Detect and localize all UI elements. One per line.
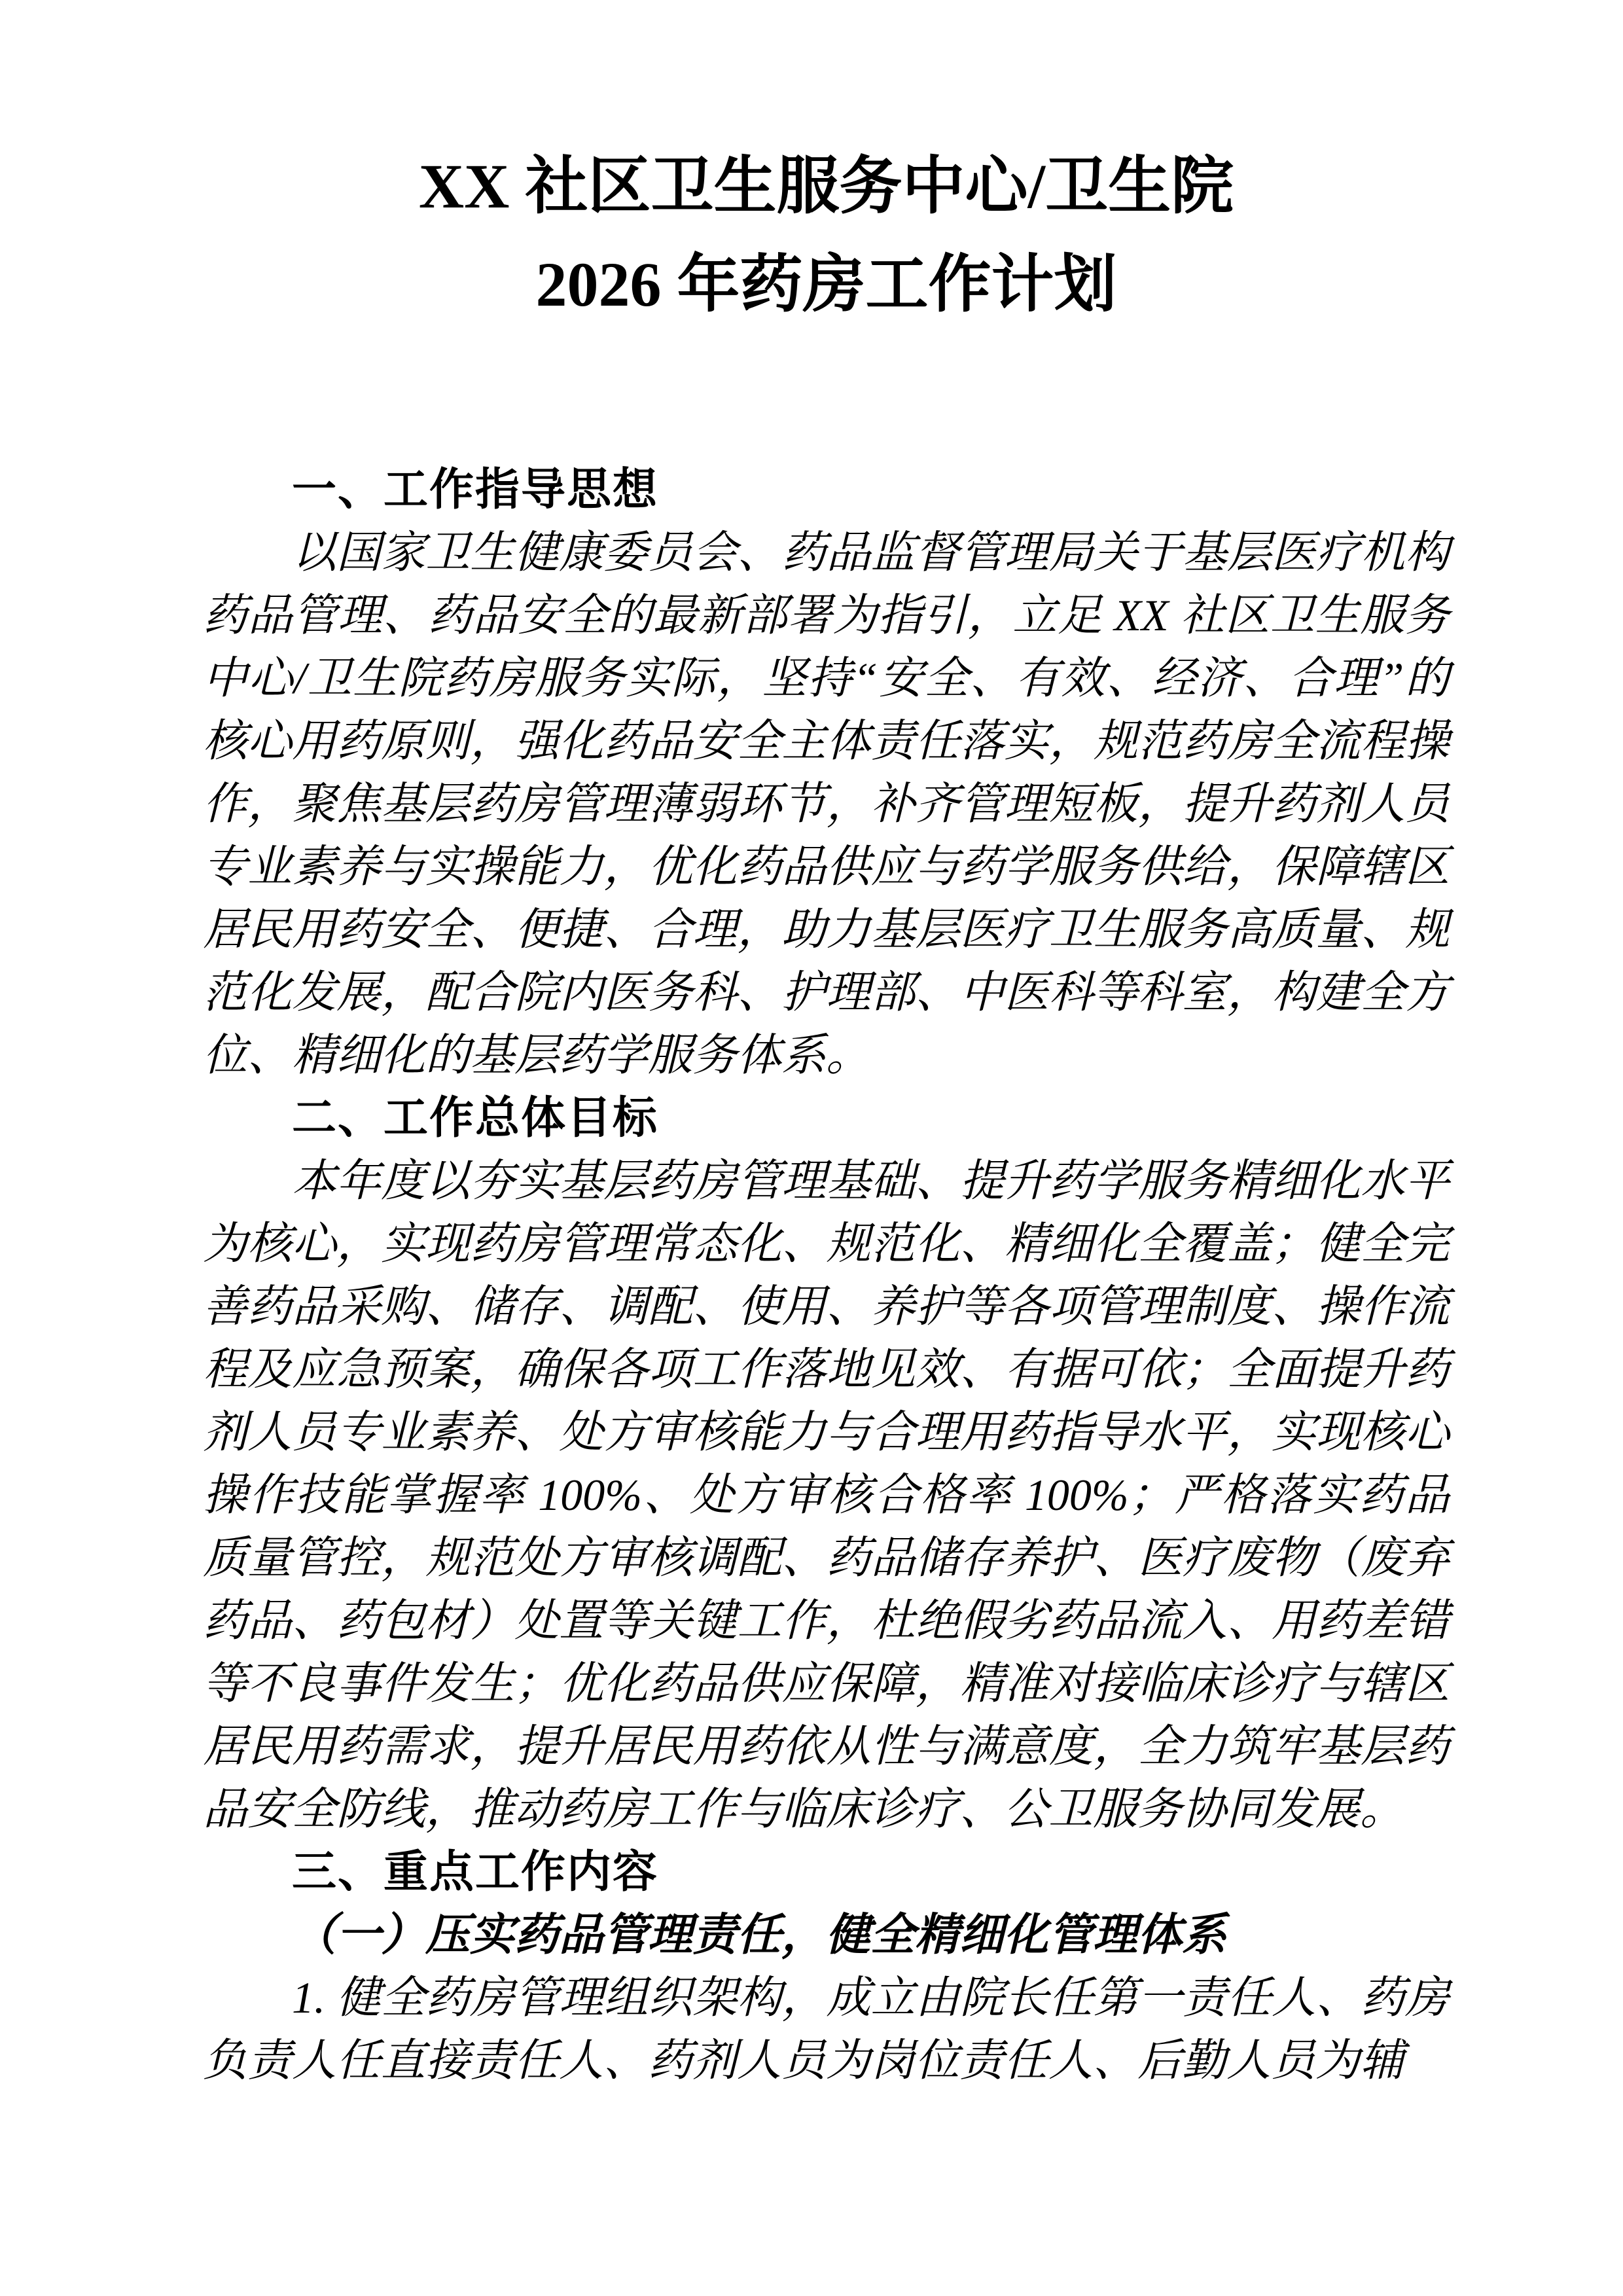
- section-heading-2: 二、工作总体目标: [203, 1086, 1450, 1149]
- document-body: 一、工作指导思想 以国家卫生健康委员会、药品监督管理局关于基层医疗机构药品管理、…: [203, 458, 1450, 2092]
- section-heading-1: 一、工作指导思想: [203, 458, 1450, 521]
- document-title-line-1: XX 社区卫生服务中心/卫生院: [203, 137, 1450, 236]
- document-title-line-2: 2026 年药房工作计划: [203, 236, 1450, 334]
- section-heading-3: 三、重点工作内容: [203, 1840, 1450, 1903]
- document-title: XX 社区卫生服务中心/卫生院 2026 年药房工作计划: [203, 137, 1450, 334]
- section-3-subheading: （一）压实药品管理责任，健全精细化管理体系: [203, 1903, 1450, 1966]
- section-2-paragraph: 本年度以夯实基层药房管理基础、提升药学服务精细化水平为核心，实现药房管理常态化、…: [203, 1149, 1450, 1840]
- section-3-paragraph: 1. 健全药房管理组织架构，成立由院长任第一责任人、药房负责人任直接责任人、药剂…: [203, 1966, 1450, 2092]
- section-1-paragraph: 以国家卫生健康委员会、药品监督管理局关于基层医疗机构药品管理、药品安全的最新部署…: [203, 521, 1450, 1086]
- document-page: XX 社区卫生服务中心/卫生院 2026 年药房工作计划 一、工作指导思想 以国…: [0, 0, 1623, 2296]
